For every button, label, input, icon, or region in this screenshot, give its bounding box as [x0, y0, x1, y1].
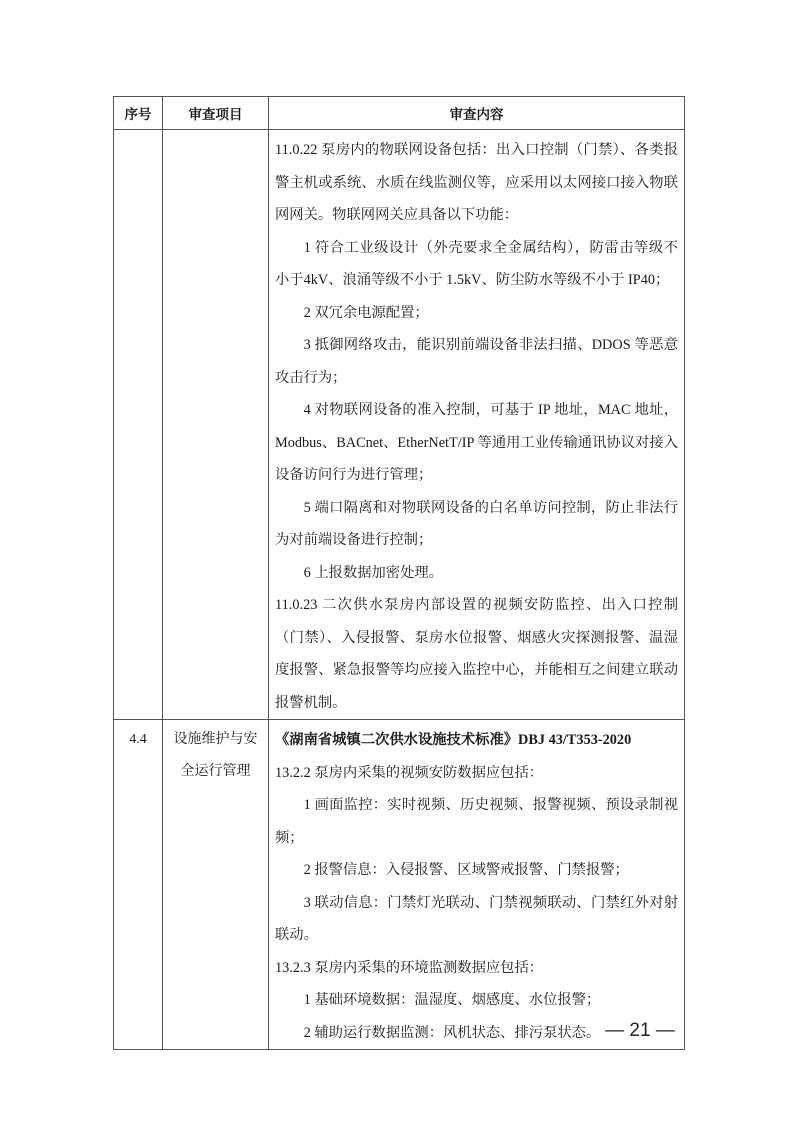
content-paragraph: 11.0.22 泵房内的物联网设备包括：出入口控制（门禁）、各类报警主机或系统、… [275, 134, 678, 232]
review-table: 序号 审查项目 审查内容 11.0.22 泵房内的物联网设备包括：出入口控制（门… [113, 96, 685, 1050]
content-paragraph: 13.2.2 泵房内采集的视频安防数据应包括： [275, 757, 678, 790]
content-paragraph: 13.2.3 泵房内采集的环境监测数据应包括： [275, 952, 678, 985]
content-paragraph: 3 联动信息：门禁灯光联动、门禁视频联动、门禁红外对射联动。 [275, 887, 678, 952]
content-paragraph: 3 抵御网络攻击，能识别前端设备非法扫描、DDOS 等恶意攻击行为； [275, 329, 678, 394]
table-header-row: 序号 审查项目 审查内容 [114, 97, 685, 130]
content-paragraph: 11.0.23 二次供水泵房内部设置的视频安防监控、出入口控制（门禁）、入侵报警… [275, 589, 678, 719]
content-paragraph: 《湖南省城镇二次供水设施技术标准》DBJ 43/T353-2020 [275, 724, 678, 757]
content-paragraph: 1 画面监控：实时视频、历史视频、报警视频、预设录制视频； [275, 789, 678, 854]
header-serial-number: 序号 [114, 97, 163, 130]
content-paragraph: 4 对物联网设备的准入控制，可基于 IP 地址，MAC 地址，Modbus、BA… [275, 394, 678, 492]
header-review-item: 审查项目 [163, 97, 269, 130]
table-row: 4.4 设施维护与安全运行管理 《湖南省城镇二次供水设施技术标准》DBJ 43/… [114, 720, 685, 1050]
row-review-content: 《湖南省城镇二次供水设施技术标准》DBJ 43/T353-202013.2.2 … [269, 720, 685, 1050]
table-row: 11.0.22 泵房内的物联网设备包括：出入口控制（门禁）、各类报警主机或系统、… [114, 130, 685, 720]
header-review-content: 审查内容 [269, 97, 685, 130]
row-review-item: 设施维护与安全运行管理 [163, 720, 269, 1050]
row-review-item [163, 130, 269, 720]
content-paragraph: 6 上报数据加密处理。 [275, 557, 678, 590]
content-paragraph: 2 报警信息：入侵报警、区域警戒报警、门禁报警； [275, 854, 678, 887]
row-review-content: 11.0.22 泵房内的物联网设备包括：出入口控制（门禁）、各类报警主机或系统、… [269, 130, 685, 720]
content-paragraph: 1 符合工业级设计（外壳要求全金属结构），防雷击等级不小于4kV、浪涌等级不小于… [275, 232, 678, 297]
page-number: — 21 — [600, 1020, 680, 1042]
content-paragraph: 1 基础环境数据：温湿度、烟感度、水位报警； [275, 984, 678, 1017]
content-paragraph: 5 端口隔离和对物联网设备的白名单访问控制，防止非法行为对前端设备进行控制； [275, 492, 678, 557]
row-serial-number: 4.4 [114, 720, 163, 1050]
content-paragraph: 2 双冗余电源配置； [275, 297, 678, 330]
row-serial-number [114, 130, 163, 720]
